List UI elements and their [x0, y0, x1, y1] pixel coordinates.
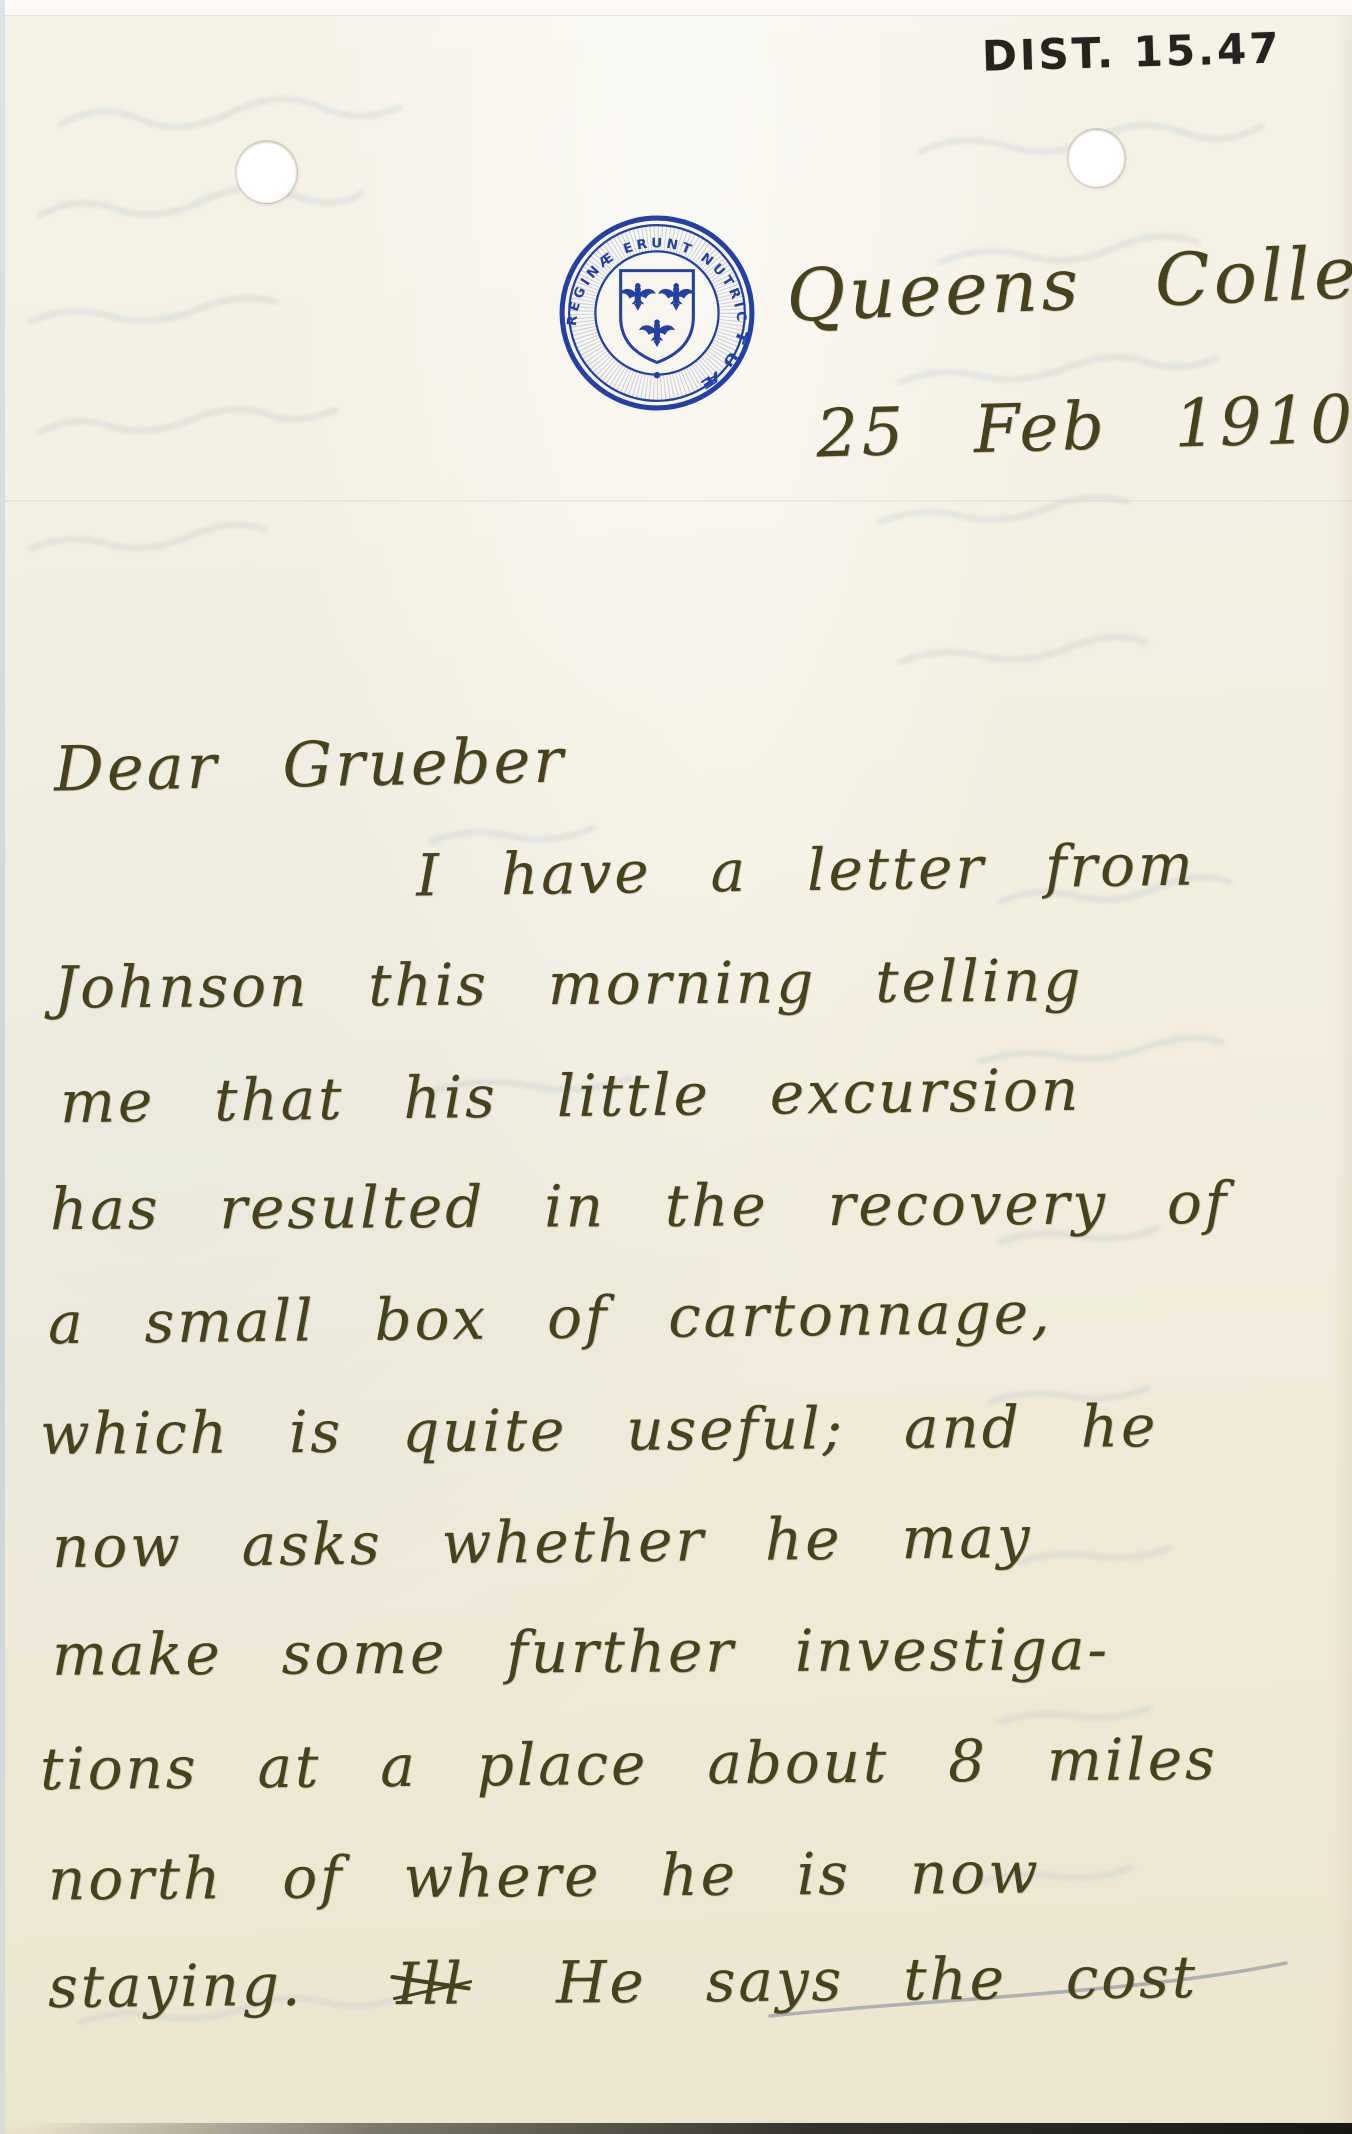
- body-line: tions at a place about 8 miles: [40, 1725, 1218, 1803]
- paper-fold-line: [0, 500, 1352, 502]
- body-line: north of where he is now: [48, 1839, 1041, 1914]
- body-line: which is quite useful; and he: [40, 1392, 1159, 1468]
- scanner-edge-left: [0, 0, 5, 2134]
- deleted-word: Ill: [396, 1949, 465, 2018]
- seal-bottom-dot: [654, 372, 660, 378]
- final-line: staying. Ill He says the cost: [48, 1943, 1199, 2021]
- college-seal: REGINÆ ERUNT NUTRICES TUÆ: [556, 212, 758, 414]
- final-line-end: He says the cost: [556, 1943, 1199, 2017]
- scanner-edge-top: [0, 0, 1352, 16]
- body-line: I have a letter from: [416, 831, 1197, 910]
- archive-reference-label: DIST. 15.47: [981, 24, 1252, 81]
- punch-hole-right: [1068, 129, 1125, 187]
- body-line: me that his little excursion: [60, 1056, 1082, 1136]
- final-line-start: staying.: [48, 1951, 304, 2021]
- letterhead-date: 25 Feb 1910: [815, 380, 1352, 472]
- salutation-line: Dear Grueber: [53, 724, 566, 806]
- body-line: make some further investiga-: [52, 1615, 1110, 1689]
- body-line: a small box of cartonnage,: [48, 1279, 1053, 1358]
- scanner-edge-bottom: [0, 2123, 1352, 2134]
- body-line: now asks whether he may: [52, 1503, 1033, 1581]
- scanned-letter-page: DIST. 15.47 REGINÆ ERUNT NUTRICES TUÆ: [0, 0, 1352, 2134]
- body-line: Johnson this morning telling: [54, 946, 1084, 1021]
- seal-shield: [621, 271, 694, 363]
- punch-hole-left: [236, 141, 297, 203]
- body-line: has resulted in the recovery of: [50, 1169, 1229, 1243]
